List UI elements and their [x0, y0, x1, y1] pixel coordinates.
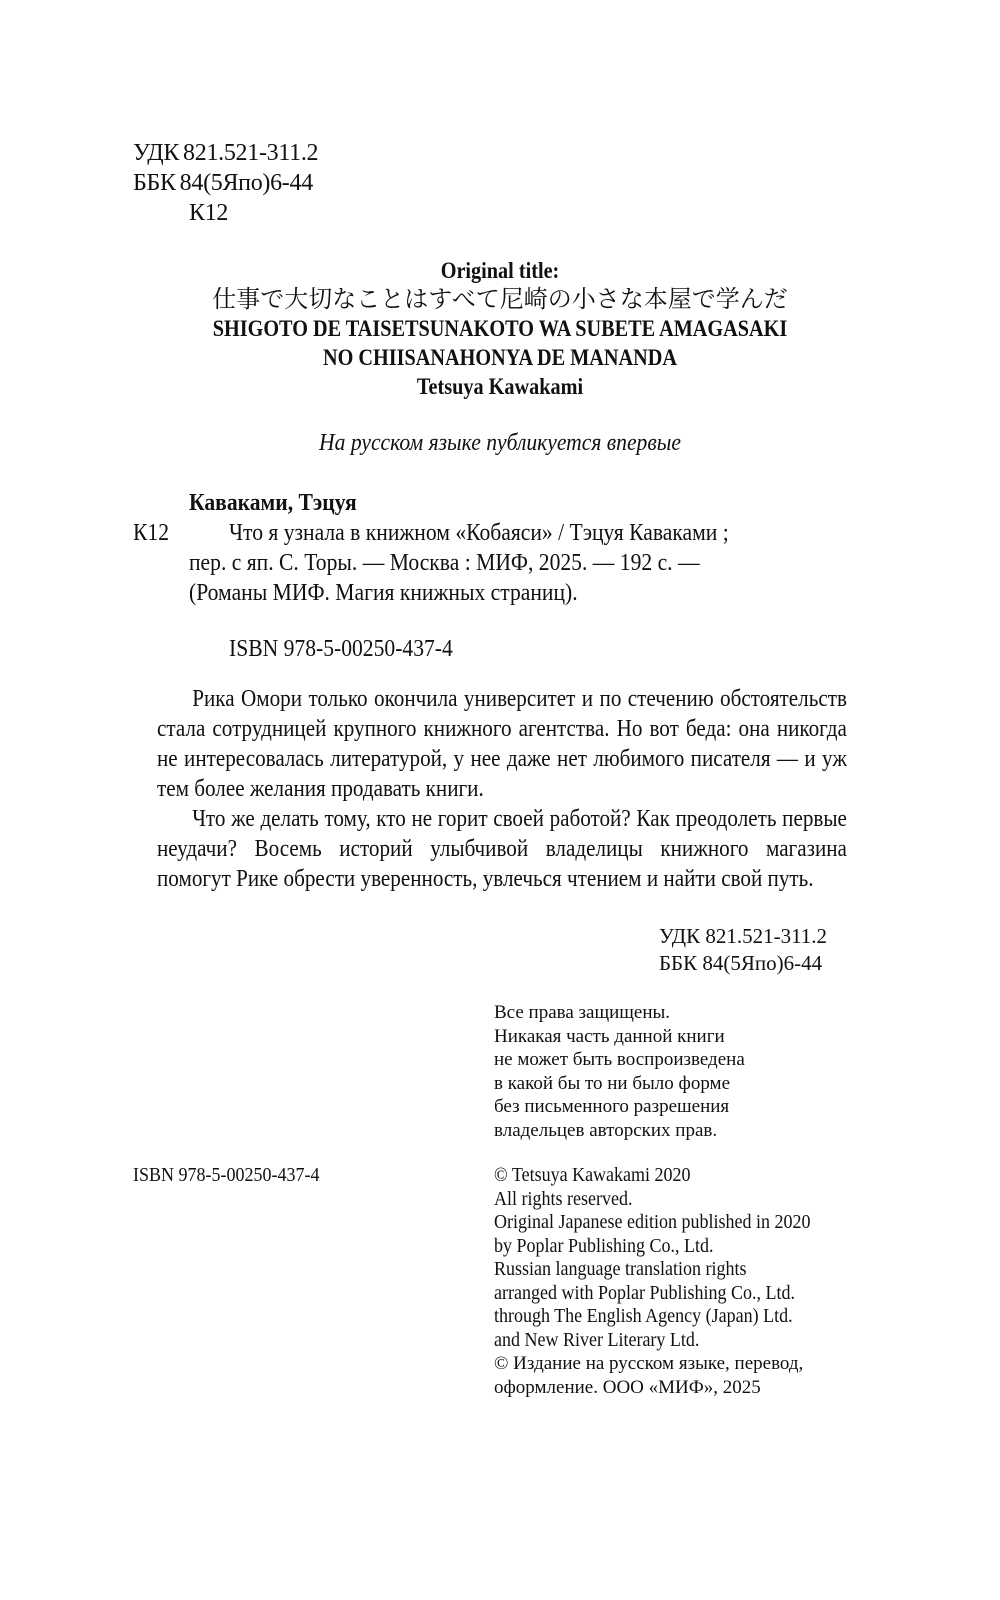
annotation-paragraph: Что же делать тому, кто не горит своей р… — [157, 804, 847, 894]
bbk-label: ББК — [133, 170, 176, 196]
copyright-line: arranged with Poplar Publishing Co., Ltd… — [494, 1282, 810, 1306]
footer-isbn: ISBN 978-5-00250-437-4 — [133, 1164, 319, 1188]
copyright-ru-block: © Издание на русском языке, перевод, офо… — [494, 1352, 803, 1399]
copyright-line: Russian language translation rights — [494, 1258, 810, 1282]
annotation: Рика Омори только окончила университет и… — [157, 684, 847, 894]
udk-code: УДК821.521-311.2 — [133, 138, 318, 168]
bbk-code: ББК84(5Япо)6-44 — [133, 168, 313, 198]
original-author: Tetsuya Kawakami — [60, 372, 940, 402]
first-publication-note: На русском языке публикуется впервые — [50, 430, 950, 457]
rights-notice: Все права защищены. Никакая часть данной… — [494, 1001, 745, 1142]
rights-line: Все права защищены. — [494, 1001, 745, 1025]
copyright-line: Original Japanese edition published in 2… — [494, 1211, 810, 1235]
rights-line: Никакая часть данной книги — [494, 1025, 745, 1049]
bbk-value: 84(5Япо)6-44 — [180, 170, 313, 196]
copyright-line: All rights reserved. — [494, 1188, 810, 1212]
secondary-udk: УДК 821.521-311.2 — [659, 923, 827, 950]
bib-line-1: Что я узнала в книжном «Кобаяси» / Тэцуя… — [229, 518, 729, 548]
rights-line: не может быть воспроизведена — [494, 1048, 745, 1072]
bib-isbn: ISBN 978-5-00250-437-4 — [229, 634, 453, 664]
copyright-line: оформление. ООО «МИФ», 2025 — [494, 1376, 803, 1400]
bib-author-heading: Каваками, Тэцуя — [189, 488, 357, 518]
bib-line-2: пер. с яп. С. Торы. — Москва : МИФ, 2025… — [189, 548, 700, 578]
copyright-line: by Poplar Publishing Co., Ltd. — [494, 1235, 810, 1259]
rights-line: в какой бы то ни было форме — [494, 1072, 745, 1096]
author-mark: К12 — [189, 198, 228, 228]
bib-author-mark: К12 — [133, 518, 169, 548]
rights-line: без письменного разрешения — [494, 1095, 745, 1119]
copyright-block: © Tetsuya Kawakami 2020 All rights reser… — [494, 1164, 810, 1352]
original-title-romaji-2: NO CHIISANAHONYA DE MANANDA — [60, 343, 940, 373]
udk-label: УДК — [133, 140, 179, 166]
bib-line-3: (Романы МИФ. Магия книжных страниц). — [189, 578, 578, 608]
copyright-line: and New River Literary Ltd. — [494, 1329, 810, 1353]
secondary-bbk: ББК 84(5Япо)6-44 — [659, 950, 822, 977]
copyright-line: © Издание на русском языке, перевод, — [494, 1352, 803, 1376]
rights-line: владельцев авторских прав. — [494, 1119, 745, 1143]
original-title-romaji-1: SHIGOTO DE TAISETSUNAKOTO WA SUBETE AMAG… — [60, 314, 940, 344]
copyright-line: through The English Agency (Japan) Ltd. — [494, 1305, 810, 1329]
udk-value: 821.521-311.2 — [183, 140, 318, 166]
copyright-line: © Tetsuya Kawakami 2020 — [494, 1164, 810, 1188]
annotation-paragraph: Рика Омори только окончила университет и… — [157, 684, 847, 804]
original-title-japanese: 仕事で大切なことはすべて尼崎の小さな本屋で学んだ — [0, 284, 1000, 314]
original-title-heading: Original title: — [60, 256, 940, 286]
